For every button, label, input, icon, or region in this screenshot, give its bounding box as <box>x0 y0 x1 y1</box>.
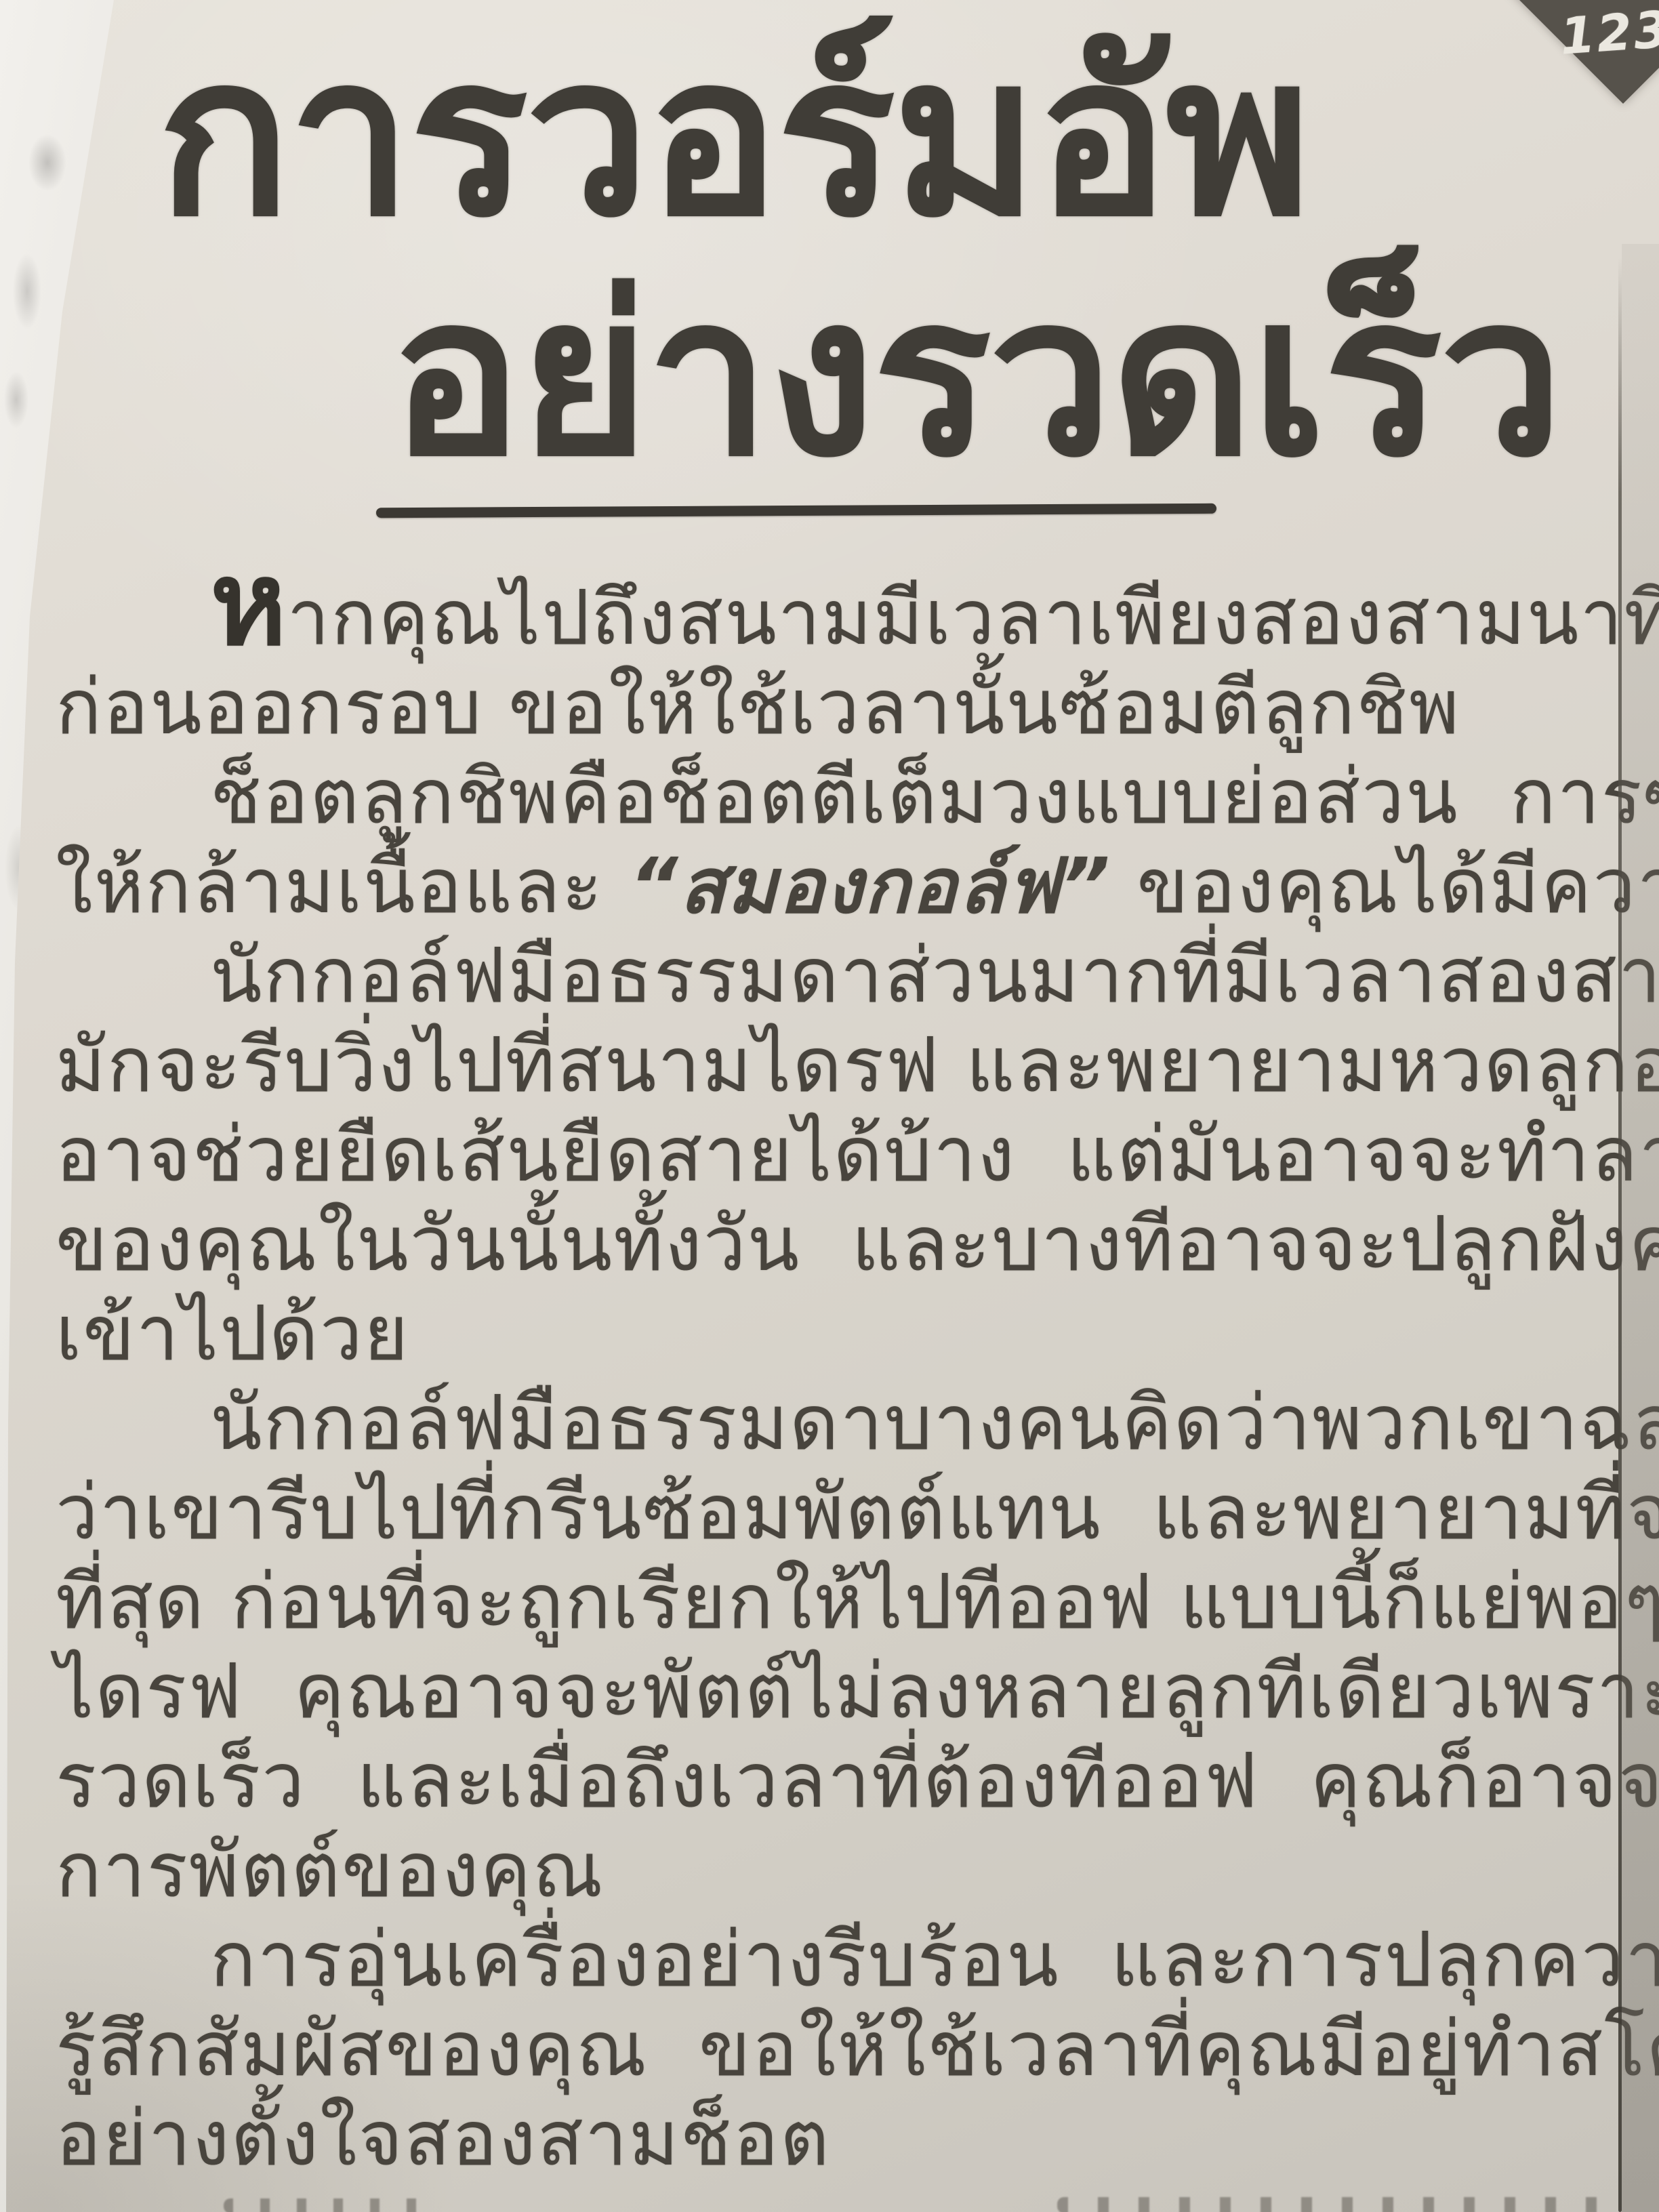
text-line: มักจะรีบวิ่งไปที่สนามไดรฟ และพยายามหวดลู… <box>56 1021 1614 1110</box>
text-run: การอุ่นเครื่องอย่างรีบร้อน และการปลุกควา… <box>210 1916 1659 2004</box>
text-line: การพัตต์ของคุณ <box>56 1826 1614 1915</box>
text-line: เข้าไปด้วย <box>56 1289 1614 1378</box>
text-run: มักจะรีบวิ่งไปที่สนามไดรฟ และพยายามหวดลู… <box>56 1021 1659 1109</box>
text-run: รวดเร็ว และเมื่อถึงเวลาที่ต้องทีออฟ คุณก… <box>56 1737 1659 1825</box>
text-line: นักกอล์ฟมือธรรมดาบางคนคิดว่าพวกเขาฉลาดกว… <box>56 1378 1614 1468</box>
text-run: รู้สึกสัมผัสของคุณ ขอให้ใช้เวลาที่คุณมีอ… <box>56 2005 1659 2093</box>
text-run: การพัตต์ของคุณ <box>56 1826 605 1914</box>
chapter-title-line-2: อย่างรวดเร็ว <box>390 266 1561 487</box>
text-run: อย่างตั้งใจสองสามช็อต <box>56 2095 831 2183</box>
text-line: ก่อนออกรอบ ขอให้ใช้เวลานั้นซ้อมตีลูกชิพ <box>56 663 1614 752</box>
text-line: ที่สุด ก่อนที่จะถูกเรียกให้ไปทีออฟ แบบนี… <box>56 1557 1614 1647</box>
text-line: การอุ่นเครื่องอย่างรีบร้อน และการปลุกควา… <box>56 1915 1614 2005</box>
text-line: ให้กล้ามเนื้อและ “สมองกอล์ฟ” ของคุณได้มี… <box>56 842 1614 931</box>
book-page-photo: 123 การวอร์มอัพ อย่างรวดเร็ว หากคุณไปถึง… <box>0 0 1659 2212</box>
text-line: นักกอล์ฟมือธรรมดาส่วนมากที่มีเวลาสองสามน… <box>56 931 1614 1021</box>
text-run: อาจช่วยยืดเส้นยืดสายได้บ้าง แต่มันอาจจะท… <box>56 1111 1659 1199</box>
page-number: 123 <box>1558 0 1659 66</box>
text-run: ให้กล้ามเนื้อและ <box>56 842 629 930</box>
text-line: ไดรฟ คุณอาจจะพัตต์ไม่ลงหลายลูกทีเดียวเพร… <box>56 1647 1614 1736</box>
text-run: ของคุณได้มีความพร้อมที่จะเล่น <box>1111 842 1659 930</box>
text-line: ว่าเขารีบไปที่กรีนซ้อมพัตต์แทน และพยายาม… <box>56 1468 1614 1557</box>
emphasized-quote: “สมองกอล์ฟ” <box>629 842 1111 930</box>
drop-cap: ห <box>210 535 287 672</box>
title-underline-rule <box>376 504 1216 518</box>
text-run: ของคุณในวันนั้นทั้งวัน และบางทีอาจจะปลูก… <box>56 1200 1659 1288</box>
text-line: หากคุณไปถึงสนามมีเวลาเพียงสองสามนาที ที่… <box>56 573 1614 663</box>
text-run: นักกอล์ฟมือธรรมดาบางคนคิดว่าพวกเขาฉลาดกว… <box>210 1379 1659 1467</box>
body-text: หากคุณไปถึงสนามมีเวลาเพียงสองสามนาที ที่… <box>56 573 1614 2184</box>
page-right-edge-shade <box>1622 244 1659 2212</box>
text-run: ที่สุด ก่อนที่จะถูกเรียกให้ไปทีออฟ แบบนี… <box>56 1558 1659 1646</box>
text-line: รวดเร็ว และเมื่อถึงเวลาที่ต้องทีออฟ คุณก… <box>56 1736 1614 1826</box>
text-line: ของคุณในวันนั้นทั้งวัน และบางทีอาจจะปลูก… <box>56 1200 1614 1289</box>
text-run: นักกอล์ฟมือธรรมดาส่วนมากที่มีเวลาสองสามน… <box>210 932 1659 1020</box>
chapter-title-line-1: การวอร์มอัพ <box>157 26 1309 247</box>
text-run: ากคุณไปถึงสนามมีเวลาเพียงสองสามนาที ที่จ… <box>287 574 1659 662</box>
text-line: รู้สึกสัมผัสของคุณ ขอให้ใช้เวลาที่คุณมีอ… <box>56 2005 1614 2094</box>
text-line: อย่างตั้งใจสองสามช็อต <box>56 2094 1614 2184</box>
text-line: อาจช่วยยืดเส้นยืดสายได้บ้าง แต่มันอาจจะท… <box>56 1110 1614 1200</box>
text-run: ก่อนออกรอบ ขอให้ใช้เวลานั้นซ้อมตีลูกชิพ <box>56 663 1460 752</box>
text-run: เข้าไปด้วย <box>56 1290 409 1378</box>
text-run: ว่าเขารีบไปที่กรีนซ้อมพัตต์แทน และพยายาม… <box>56 1469 1659 1557</box>
clipped-bottom-line-fragment <box>1057 2197 1620 2212</box>
text-run: ไดรฟ คุณอาจจะพัตต์ไม่ลงหลายลูกทีเดียวเพร… <box>56 1647 1659 1736</box>
text-line: ช็อตลูกชิพคือช็อตตีเต็มวงแบบย่อส่วน การซ… <box>56 752 1614 842</box>
text-run: ช็อตลูกชิพคือช็อตตีเต็มวงแบบย่อส่วน การซ… <box>210 753 1659 841</box>
clipped-bottom-line-fragment <box>224 2198 427 2212</box>
